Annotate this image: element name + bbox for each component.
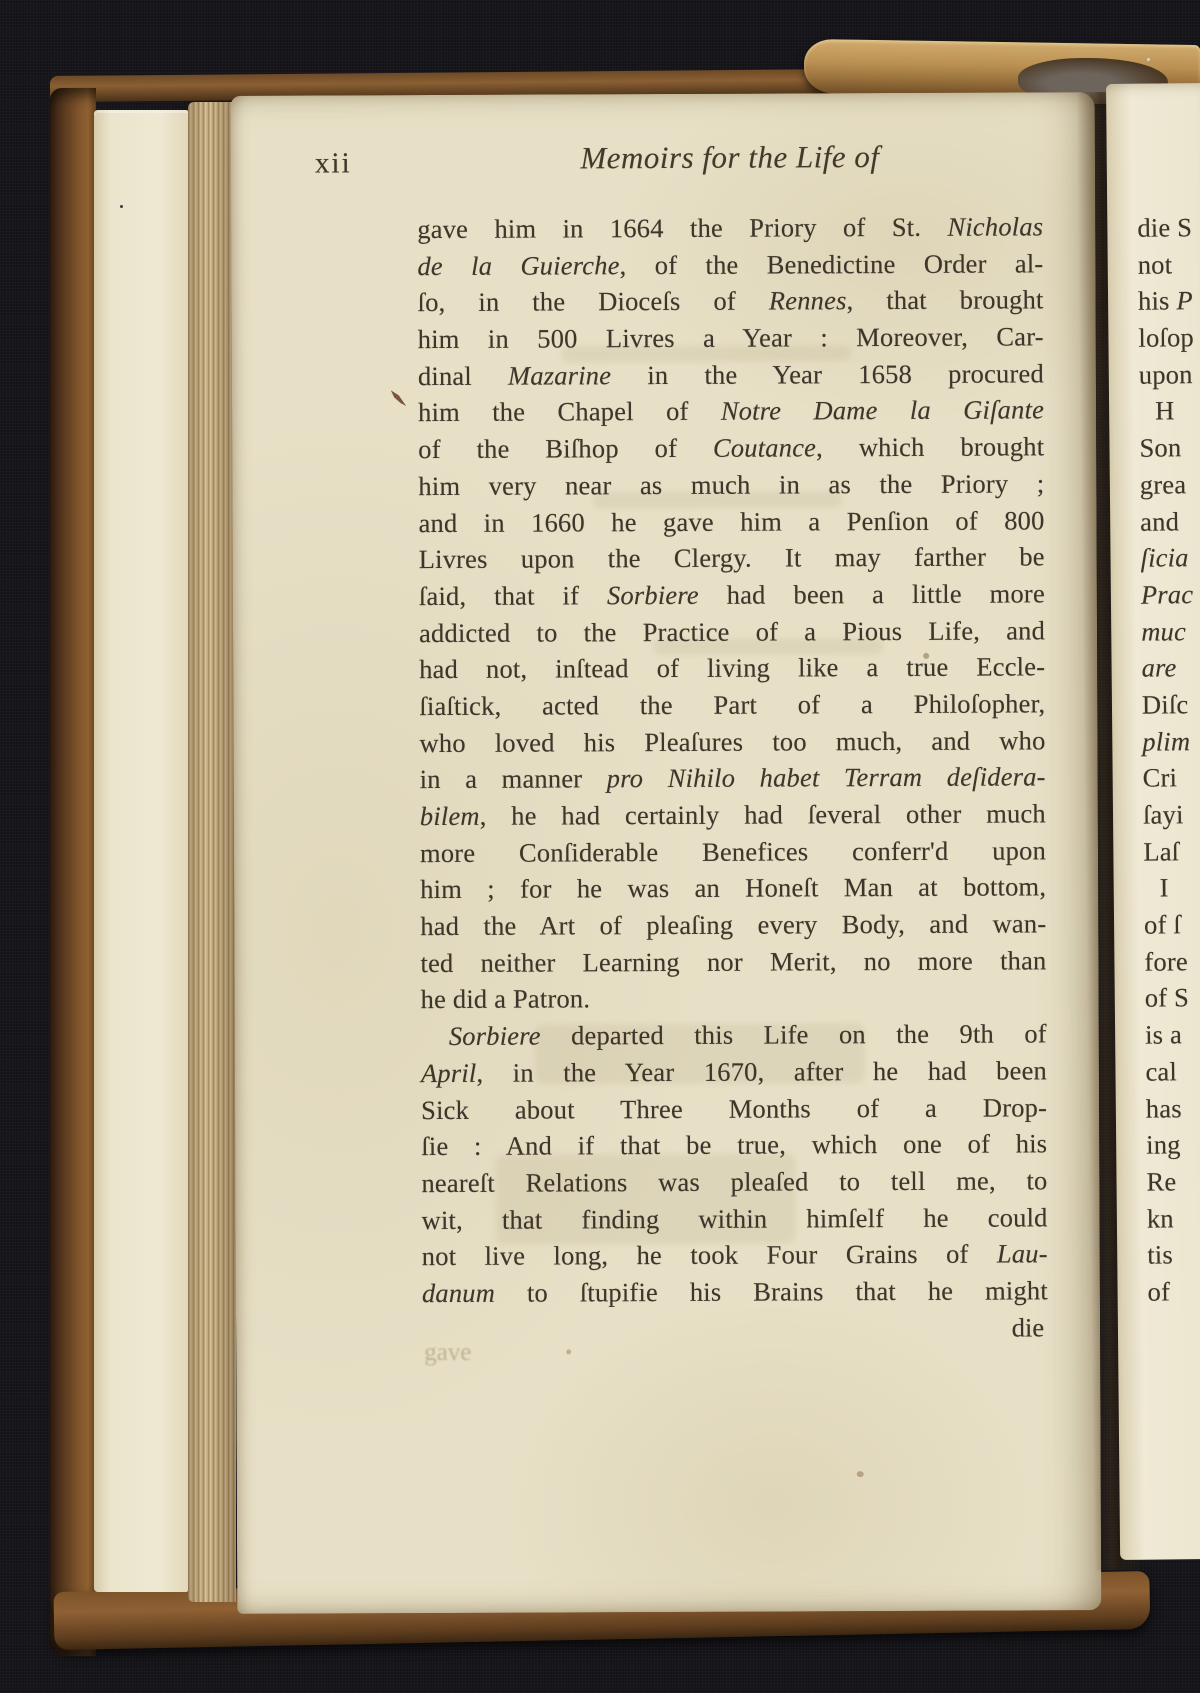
text-segment: tis xyxy=(1147,1240,1173,1270)
right-page-line-fragment: his P xyxy=(1138,282,1200,320)
italic-text-segment: Nicholas xyxy=(947,211,1043,241)
text-segment: his xyxy=(1138,286,1177,316)
right-page-line-fragment: cal xyxy=(1145,1052,1200,1090)
text-segment: had been a little more xyxy=(699,578,1045,610)
text-segment: of ſ xyxy=(1144,909,1181,939)
right-page-line-fragment: and xyxy=(1140,502,1200,540)
text-segment: is a xyxy=(1145,1019,1182,1049)
text-line: had not, inſtead of living like a true E… xyxy=(419,649,1045,688)
right-page: die Snothis PloſopuponHSongreaandſiciaPr… xyxy=(1106,83,1200,1560)
italic-text-segment: pro Nihilo habet Terram deſidera- xyxy=(607,762,1046,794)
text-line: de la Guierche, of the Benedictine Order… xyxy=(417,245,1043,284)
italic-text-segment: Prac xyxy=(1141,579,1194,610)
text-line: ſie : And if that be true, which one of … xyxy=(421,1126,1047,1165)
italic-text-segment: Sorbiere xyxy=(607,580,699,610)
text-segment: cal xyxy=(1145,1056,1177,1086)
text-segment: , he had certainly had ſeveral other muc… xyxy=(480,798,1046,830)
italic-text-segment: April xyxy=(421,1058,477,1088)
right-page-line-fragment: muc xyxy=(1141,612,1200,650)
right-page-line-fragment: ing xyxy=(1146,1126,1200,1164)
flyleaf-edge xyxy=(94,110,188,1592)
text-segment: ing xyxy=(1146,1130,1181,1160)
text-segment: wit, that finding within himſelf he coul… xyxy=(422,1202,1048,1235)
show-through-text: gave xyxy=(424,1339,471,1367)
text-segment: has xyxy=(1146,1093,1182,1123)
text-segment: , in the Year 1670, after he had been xyxy=(476,1055,1047,1087)
text-line: he did a Patron. xyxy=(421,979,1047,1018)
text-line: danum to ſtupifie his Brains that he mig… xyxy=(422,1272,1048,1311)
dust-speck xyxy=(1147,58,1150,61)
text-line: neareſt Relations was pleaſed to tell me… xyxy=(421,1162,1047,1201)
text-line: addicted to the Practice of a Pious Life… xyxy=(419,612,1045,651)
text-line: gave him in 1664 the Priory of St. Nicho… xyxy=(417,208,1043,247)
text-segment: him the Chapel of xyxy=(418,396,721,427)
right-page-line-fragment: grea xyxy=(1140,465,1200,503)
book-cover-left-edge xyxy=(50,88,96,1656)
text-segment: Son xyxy=(1139,432,1181,462)
text-block: gave him in 1664 the Priory of St. Nicho… xyxy=(417,208,1048,1311)
right-page-line-fragment: not xyxy=(1138,245,1200,283)
right-page-line-fragment: upon xyxy=(1139,355,1200,393)
italic-text-segment: danum xyxy=(422,1278,495,1308)
right-page-line-fragment: Re xyxy=(1146,1162,1200,1200)
margin-ink-mark xyxy=(391,388,406,408)
text-segment: ſaid, that if xyxy=(419,580,607,611)
text-segment: dinal xyxy=(418,360,508,390)
text-segment: ſie : And if that be true, which one of … xyxy=(421,1129,1047,1162)
text-line: dinal Mazarine in the Year 1658 procured xyxy=(418,355,1044,394)
right-page-line-fragment: fore xyxy=(1144,942,1200,980)
text-segment: neareſt Relations was pleaſed to tell me… xyxy=(421,1165,1047,1198)
text-line: ſo, in the Dioceſs of Rennes, that broug… xyxy=(418,282,1044,321)
text-line: him ; for he was an Honeſt Man at bottom… xyxy=(420,869,1046,908)
text-segment: fore xyxy=(1144,946,1188,976)
right-page-line-fragment: of ſ xyxy=(1144,905,1200,943)
right-page-line-fragment: ſayi xyxy=(1143,795,1200,833)
text-segment: Cri xyxy=(1143,763,1178,793)
text-segment: him in 500 Livres a Year : Moreover, Car… xyxy=(418,321,1044,354)
right-page-line-fragment: plim xyxy=(1142,722,1200,760)
italic-text-segment: de la Guierche xyxy=(417,250,619,281)
text-segment: Livres upon the Clergy. It may farther b… xyxy=(419,542,1045,575)
text-line: April, in the Year 1670, after he had be… xyxy=(421,1052,1047,1091)
italic-text-segment: bilem xyxy=(420,801,480,831)
text-segment: addicted to the Practice of a Pious Life… xyxy=(419,615,1045,648)
right-page-line-fragment: Cri xyxy=(1142,759,1200,797)
catchword: die xyxy=(422,1312,1044,1346)
text-line: more Conſiderable Benefices conferr'd up… xyxy=(420,832,1046,871)
text-segment: had not, inſtead of living like a true E… xyxy=(419,652,1045,685)
text-segment: I xyxy=(1160,873,1169,903)
text-segment: die S xyxy=(1137,212,1192,243)
text-line: wit, that finding within himſelf he coul… xyxy=(422,1199,1048,1238)
text-line: him in 500 Livres a Year : Moreover, Car… xyxy=(418,318,1044,357)
right-page-line-fragment: of S xyxy=(1145,979,1200,1017)
text-segment: not xyxy=(1138,249,1173,279)
text-line: and in 1660 he gave him a Penſion of 800 xyxy=(418,502,1044,541)
text-segment: gave him in 1664 the Priory of St. xyxy=(417,212,947,244)
right-page-line-fragment: Laſ xyxy=(1143,832,1200,870)
text-segment: him ; for he was an Honeſt Man at bottom… xyxy=(420,872,1046,905)
right-page-line-fragment: Diſc xyxy=(1142,685,1200,723)
text-line: him very near as much in as the Priory ; xyxy=(418,465,1044,504)
text-segment: in the Year 1658 procured xyxy=(611,358,1044,390)
right-page-line-fragment: tis xyxy=(1147,1236,1200,1274)
text-segment: upon xyxy=(1139,359,1193,390)
right-page-line-fragment: is a xyxy=(1145,1015,1200,1053)
text-segment: ſayi xyxy=(1143,799,1184,829)
italic-text-segment: plim xyxy=(1142,726,1190,756)
text-segment: in a manner xyxy=(420,764,607,795)
text-line: Sick about Three Months of a Drop- xyxy=(421,1089,1047,1128)
right-page-line-fragment: has xyxy=(1146,1089,1200,1127)
right-page-text-fragments: die Snothis PloſopuponHSongreaandſiciaPr… xyxy=(1137,208,1200,1310)
right-page-line-fragment: die S xyxy=(1137,208,1200,246)
text-segment: to ſtupifie his Brains that he might xyxy=(495,1275,1048,1307)
book-scan: xii Memoirs for the Life of gave him in … xyxy=(0,0,1200,1693)
text-segment: not live long, he took Four Grains of xyxy=(422,1239,997,1272)
italic-text-segment: Coutance xyxy=(713,432,816,462)
text-segment: Laſ xyxy=(1143,836,1179,866)
italic-text-segment: Lau- xyxy=(997,1239,1048,1269)
right-page-line-fragment: are xyxy=(1141,649,1200,687)
text-segment: Re xyxy=(1146,1166,1176,1196)
text-line: Sorbiere departed this Life on the 9th o… xyxy=(421,1015,1047,1054)
text-line: him the Chapel of Notre Dame la Giſante xyxy=(418,392,1044,431)
text-line: ted neither Learning nor Merit, no more … xyxy=(420,942,1046,981)
text-segment: , which brought xyxy=(816,431,1044,462)
right-page-line-fragment: ſicia xyxy=(1140,539,1200,577)
text-segment: loſop xyxy=(1138,322,1194,353)
text-segment: H xyxy=(1155,396,1175,426)
text-segment: ted neither Learning nor Merit, no more … xyxy=(420,945,1046,978)
right-page-line-fragment: I xyxy=(1144,869,1200,907)
paper-stain xyxy=(857,1471,864,1477)
text-segment: him very near as much in as the Priory ; xyxy=(418,468,1044,501)
right-page-line-fragment: loſop xyxy=(1138,318,1200,356)
text-segment: of S xyxy=(1145,983,1190,1013)
right-page-line-fragment: H xyxy=(1139,392,1200,430)
italic-text-segment: are xyxy=(1141,653,1176,683)
page-number: xii xyxy=(315,147,352,180)
text-line: ſiaſtick, acted the Part of a Philoſophe… xyxy=(419,685,1045,724)
right-page-line-fragment: Son xyxy=(1139,428,1200,466)
text-line: who loved his Pleaſures too much, and wh… xyxy=(419,722,1045,761)
text-line: had the Art of pleaſing every Body, and … xyxy=(420,905,1046,944)
paper-stain xyxy=(566,1349,571,1354)
italic-text-segment: Sorbiere xyxy=(449,1021,541,1051)
italic-text-segment: Notre Dame la Giſante xyxy=(721,395,1044,426)
text-segment: of the Biſhop of xyxy=(418,433,713,464)
text-line: Livres upon the Clergy. It may farther b… xyxy=(419,539,1045,578)
text-line: not live long, he took Four Grains of La… xyxy=(422,1236,1048,1275)
text-segment: he did a Patron. xyxy=(421,984,591,1015)
text-segment: Diſc xyxy=(1142,689,1189,719)
text-segment: , that brought xyxy=(846,285,1043,316)
text-segment: Sick about Three Months of a Drop- xyxy=(421,1092,1047,1125)
page-stack-edge xyxy=(188,102,236,1602)
text-segment: , of the Benedictine Order al- xyxy=(620,248,1044,280)
right-page-line-fragment: Prac xyxy=(1141,575,1200,613)
left-page: xii Memoirs for the Life of gave him in … xyxy=(231,92,1102,1614)
text-segment: and in 1660 he gave him a Penſion of 800 xyxy=(418,505,1044,538)
text-segment: and xyxy=(1140,506,1179,536)
text-segment: more Conſiderable Benefices conferr'd up… xyxy=(420,835,1046,868)
running-header: Memoirs for the Life of xyxy=(417,138,1043,177)
text-segment: of xyxy=(1147,1276,1170,1306)
italic-text-segment: Mazarine xyxy=(508,360,611,390)
text-segment: had the Art of pleaſing every Body, and … xyxy=(420,908,1046,941)
text-segment: who loved his Pleaſures too much, and wh… xyxy=(419,725,1045,758)
text-line: ſaid, that if Sorbiere had been a little… xyxy=(419,575,1045,614)
text-segment: ſo, in the Dioceſs of xyxy=(418,286,769,318)
right-page-line-fragment: of xyxy=(1147,1272,1200,1310)
italic-text-segment: Rennes xyxy=(769,286,847,316)
italic-text-segment: ſicia xyxy=(1140,542,1188,572)
text-segment: departed this Life on the 9th of xyxy=(541,1018,1047,1050)
text-segment: grea xyxy=(1140,469,1187,499)
dust-speck xyxy=(120,205,123,208)
text-segment: ſiaſtick, acted the Part of a Philoſophe… xyxy=(419,688,1045,721)
text-segment: kn xyxy=(1147,1203,1174,1233)
text-line: in a manner pro Nihilo habet Terram deſi… xyxy=(420,759,1046,798)
text-line: bilem, he had certainly had ſeveral othe… xyxy=(420,795,1046,834)
text-line: of the Biſhop of Coutance, which brought xyxy=(418,428,1044,467)
italic-text-segment: P xyxy=(1176,286,1193,316)
right-page-line-fragment: kn xyxy=(1147,1199,1200,1237)
italic-text-segment: muc xyxy=(1141,616,1186,646)
